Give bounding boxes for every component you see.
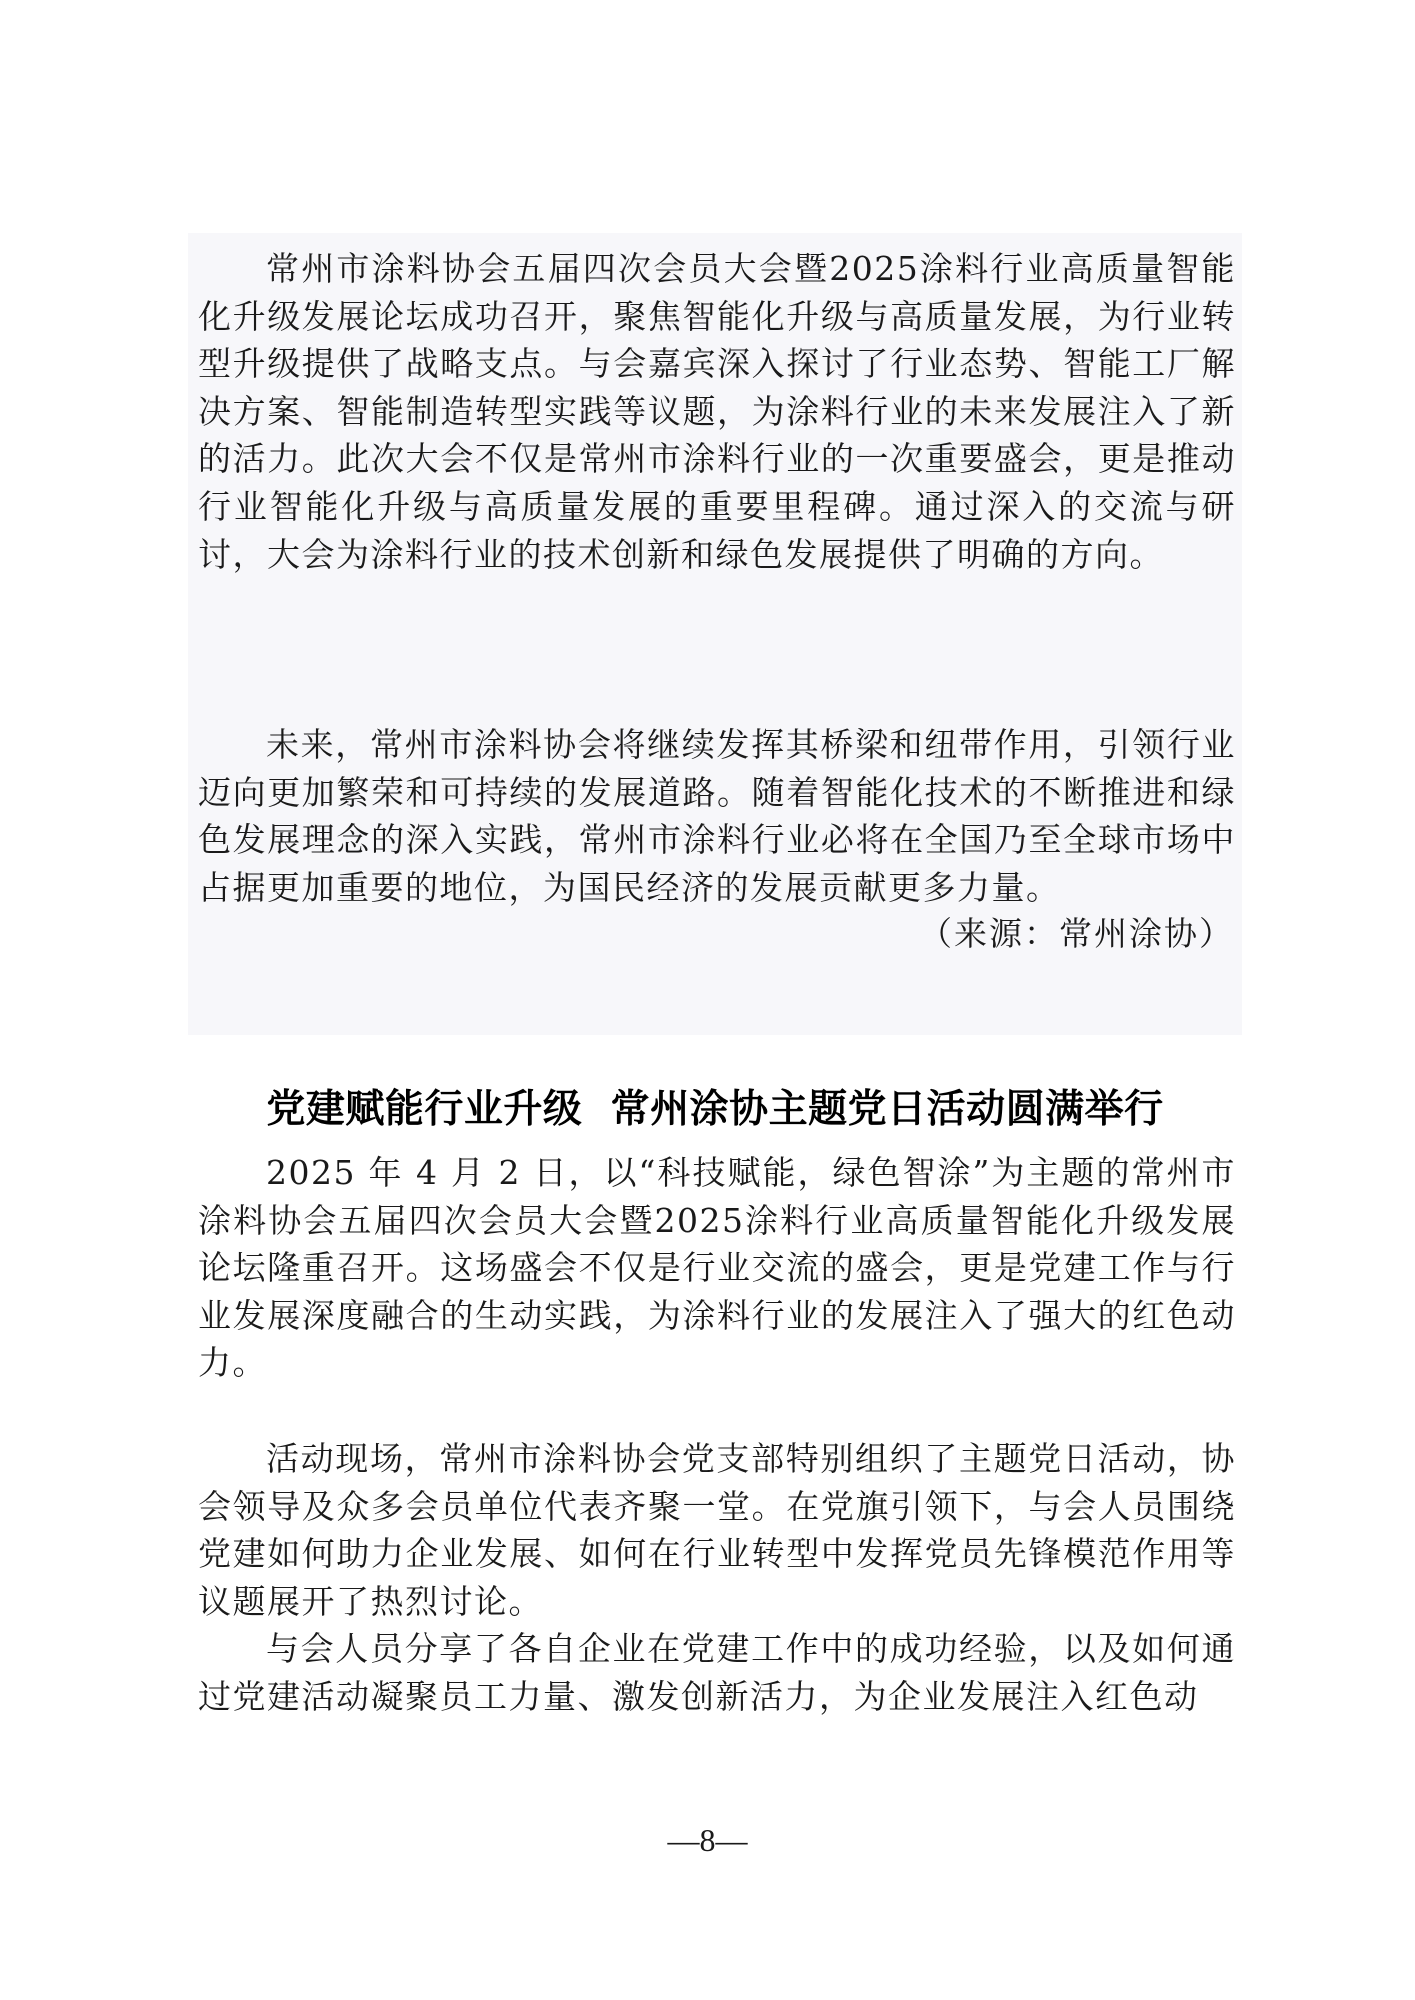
document-page: 常州市涂料协会五届四次会员大会暨2025涂料行业高质量智能化升级发展论坛成功召开… <box>0 0 1415 2000</box>
article-2-title: 党建赋能行业升级 常州涂协主题党日活动圆满举行 <box>188 1074 1242 1144</box>
article-1-paragraph-1: 常州市涂料协会五届四次会员大会暨2025涂料行业高质量智能化升级发展论坛成功召开… <box>188 245 1242 578</box>
article-1-paragraph-2: 未来，常州市涂料协会将继续发挥其桥梁和纽带作用，引领行业迈向更加繁荣和可持续的发… <box>188 721 1242 911</box>
article-2-paragraph-1: 2025 年 4 月 2 日，以“科技赋能，绿色智涂”为主题的常州市涂料协会五届… <box>188 1149 1242 1387</box>
page-number: —8— <box>0 1820 1415 1860</box>
article-2-paragraph-2: 活动现场，常州市涂料协会党支部特别组织了主题党日活动，协会领导及众多会员单位代表… <box>188 1435 1242 1625</box>
article-2-paragraph-3: 与会人员分享了各自企业在党建工作中的成功经验，以及如何通过党建活动凝聚员工力量、… <box>188 1625 1242 1720</box>
article-1-source: （来源：常州涂协） <box>188 910 1234 958</box>
